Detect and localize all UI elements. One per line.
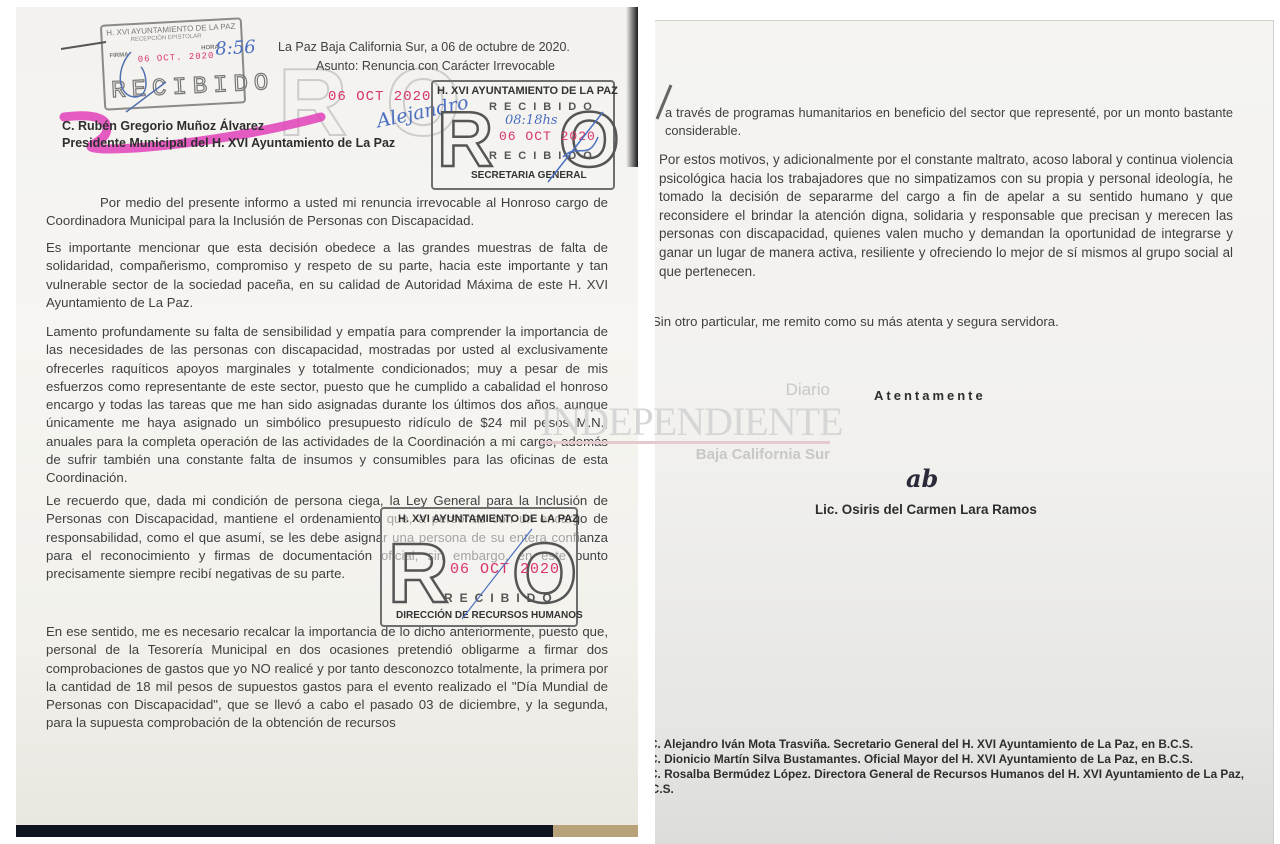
paragraph-5: En ese sentido, me es necesario recalcar…	[46, 623, 608, 733]
paragraph-closing: Sin otro particular, me remito como su m…	[655, 313, 1059, 331]
paragraph-7: Por estos motivos, y adicionalmente por …	[659, 151, 1233, 281]
watermark-bottom: Baja California Sur	[696, 446, 830, 463]
cc-line-1: C. Alejandro Iván Mota Trasviña. Secreta…	[655, 737, 1193, 752]
paragraph-2: Es importante mencionar que esta decisió…	[46, 239, 608, 312]
watermark-logo: Diario INDEPENDIENTE Baja California Sur	[540, 380, 840, 470]
cc-line-3: C. Rosalba Bermúdez López. Directora Gen…	[655, 767, 1244, 782]
stamp-recursos-humanos: H. XVI AYUNTAMIENTO DE LA PAZ R O 06 OCT…	[380, 507, 578, 627]
watermark-main: INDEPENDIENTE	[540, 398, 843, 445]
paragraph-1: Por medio del presente informo a usted m…	[46, 194, 608, 231]
signer-name: Lic. Osiris del Carmen Lara Ramos	[815, 501, 1037, 519]
letter-subject: Asunto: Renuncia con Carácter Irrevocabl…	[316, 57, 555, 75]
recipient-title: Presidente Municipal del H. XVI Ayuntami…	[62, 134, 395, 152]
cc-line-4: B.C.S.	[655, 782, 674, 797]
paragraph-3: Lamento profundamente su falta de sensib…	[46, 323, 608, 488]
stamp-secretaria-general: H. XVI AYUNTAMIENTO DE LA PAZ R O RECIBI…	[431, 80, 615, 190]
page-bottom-shadow	[16, 825, 638, 837]
paragraph-6: a través de programas humanitarios en be…	[665, 104, 1233, 141]
watermark-top: Diario	[786, 380, 830, 400]
recipient-name: C. Rubén Gregorio Muñoz Álvarez	[62, 117, 264, 135]
signature-mark: ab	[906, 464, 938, 493]
closing-salutation: Atentamente	[874, 387, 986, 405]
watermark-underline	[540, 441, 830, 444]
place-date: La Paz Baja California Sur, a 06 de octu…	[278, 38, 570, 56]
cc-line-2: C. Dionicio Martín Silva Bustamantes. Of…	[655, 752, 1193, 767]
page-shadow	[626, 7, 638, 167]
